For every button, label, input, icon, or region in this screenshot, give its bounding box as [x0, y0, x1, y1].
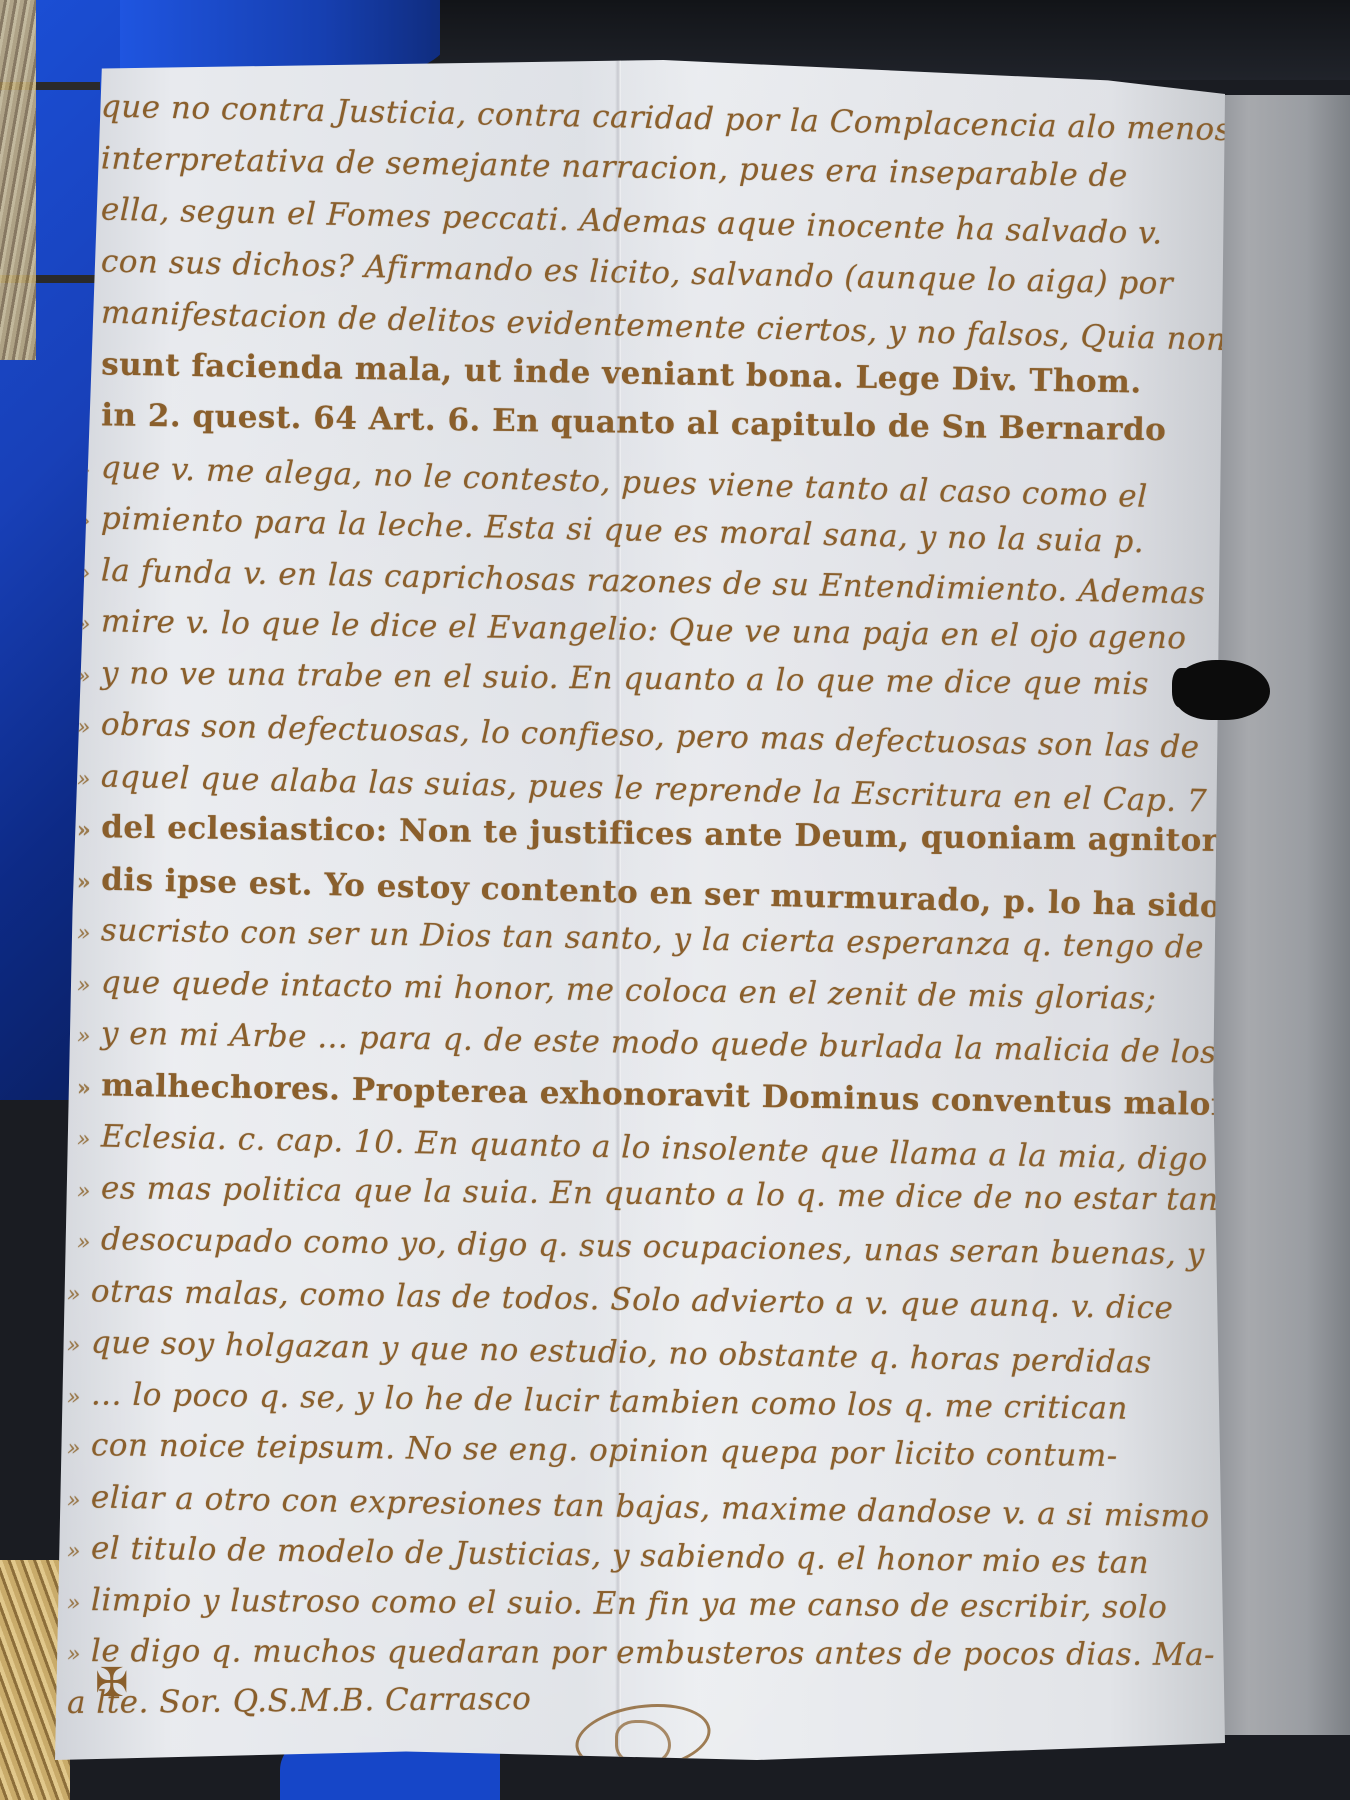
manuscript-line-text: desocupado como yo, digo q. sus ocupacio… — [101, 1221, 1205, 1272]
margin-quote-mark: » — [77, 869, 92, 895]
manuscript-lines: »que no contra Justicia, contra caridad … — [55, 60, 1225, 1760]
manuscript-line-text: que quede intacto mi honor, me coloca en… — [101, 964, 1157, 1017]
manuscript-line: »que soy holgazan y que no estudio, no o… — [67, 1324, 1152, 1381]
margin-quote-mark: » — [67, 1333, 81, 1358]
manuscript-line: »desocupado como yo, digo q. sus ocupaci… — [77, 1221, 1205, 1273]
margin-quote-mark: » — [77, 817, 92, 843]
manuscript-line: »y en mi Arbe ... para q. de este modo q… — [77, 1015, 1217, 1071]
margin-quote-mark: » — [77, 1024, 91, 1049]
manuscript-line-text: el titulo de modelo de Justicias, y sabi… — [91, 1530, 1150, 1581]
margin-quote-mark: » — [77, 1179, 91, 1204]
manuscript-line: »que quede intacto mi honor, me coloca e… — [77, 964, 1157, 1017]
manuscript-line-text: sunt facienda mala, ut inde veniant bona… — [101, 346, 1142, 400]
manuscript-line-text: mire v. lo que le dice el Evangelio: Que… — [101, 603, 1187, 656]
manuscript-line-text: otras malas, como las de todos. Solo adv… — [91, 1273, 1174, 1326]
margin-quote-mark: » — [67, 1591, 81, 1616]
margin-quote-mark: » — [67, 1436, 81, 1461]
manuscript-line-text: que no contra Justicia, contra caridad p… — [101, 89, 1232, 149]
manuscript-page: »que no contra Justicia, contra caridad … — [55, 60, 1225, 1760]
manuscript-line: »con sus dichos? Afirmando es licito, sa… — [77, 243, 1174, 302]
manuscript-line: »otras malas, como las de todos. Solo ad… — [67, 1273, 1174, 1326]
manuscript-line: »sunt facienda mala, ut inde veniant bon… — [77, 346, 1142, 401]
margin-quote-mark: » — [67, 1488, 81, 1513]
manuscript-line: »in 2. quest. 64 Art. 6. En quanto al ca… — [77, 397, 1167, 448]
manuscript-line: a lte. Sor. Q.S.M.B. Carrasco — [67, 1680, 532, 1720]
manuscript-line: »le digo q. muchos quedaran por embuster… — [67, 1633, 1215, 1673]
manuscript-line-text: con sus dichos? Afirmando es licito, sal… — [101, 243, 1174, 301]
signature-flourish-inner — [615, 1720, 671, 1766]
manuscript-line: »interpretativa de semejante narracion, … — [77, 140, 1128, 194]
ink-blot-small — [1172, 668, 1194, 708]
manuscript-line-text: Eclesia. c. cap. 10. En quanto a lo inso… — [101, 1119, 1279, 1180]
manuscript-line-text: limpio y lustroso como el suio. En fin y… — [91, 1582, 1168, 1626]
margin-quote-mark: » — [67, 1539, 81, 1564]
manuscript-line-text: y en mi Arbe ... para q. de este modo qu… — [101, 1015, 1217, 1070]
manuscript-line-text: con noice teipsum. No se eng. opinion qu… — [91, 1427, 1118, 1474]
manuscript-line: »malhechores. Propterea exhonoravit Domi… — [77, 1067, 1296, 1124]
margin-quote-mark: » — [77, 1075, 92, 1101]
margin-quote-mark: » — [77, 1127, 91, 1152]
background-blue-object-top — [120, 0, 460, 70]
manuscript-line: »... lo poco q. se, y lo he de lucir tam… — [67, 1376, 1128, 1427]
manuscript-line-text: y no ve una trabe en el suio. En quanto … — [101, 655, 1149, 702]
margin-quote-mark: » — [67, 1642, 81, 1667]
margin-quote-mark: » — [67, 1385, 81, 1410]
cross-mark-icon: ✠ — [95, 1660, 129, 1706]
manuscript-line-text: eliar a otro con expresiones tan bajas, … — [91, 1479, 1210, 1535]
manuscript-line: »la funda v. en las caprichosas razones … — [77, 552, 1206, 612]
manuscript-line-text: ... lo poco q. se, y lo he de lucir tamb… — [91, 1376, 1128, 1426]
manuscript-line-text: es mas politica que la suia. En quanto a… — [101, 1170, 1219, 1218]
manuscript-line-text: ella, segun el Fomes peccati. Ademas aqu… — [101, 192, 1164, 252]
manuscript-line-text: que soy holgazan y que no estudio, no ob… — [91, 1324, 1152, 1380]
manuscript-line-text: interpretativa de semejante narracion, p… — [101, 140, 1128, 194]
manuscript-line: »que no contra Justicia, contra caridad … — [77, 88, 1232, 148]
manuscript-line: »limpio y lustroso como el suio. En fin … — [67, 1582, 1168, 1626]
manuscript-line: »es mas politica que la suia. En quanto … — [77, 1170, 1219, 1218]
manuscript-line: »el titulo de modelo de Justicias, y sab… — [67, 1530, 1150, 1581]
manuscript-line: »obras son defectuosas, lo confieso, per… — [77, 706, 1200, 766]
manuscript-line: »aquel que alaba las suias, pues le repr… — [77, 758, 1208, 820]
straw — [0, 0, 36, 360]
manuscript-line: »eliar a otro con expresiones tan bajas,… — [67, 1479, 1210, 1535]
manuscript-line: »mire v. lo que le dice el Evangelio: Qu… — [77, 603, 1187, 656]
manuscript-line-text: aquel que alaba las suias, pues le repre… — [101, 758, 1208, 819]
margin-quote-mark: » — [77, 973, 91, 998]
manuscript-line-text: malhechores. Propterea exhonoravit Domin… — [101, 1067, 1296, 1124]
facing-page — [1205, 95, 1350, 1735]
manuscript-line-text: la funda v. en las caprichosas razones d… — [101, 552, 1206, 611]
manuscript-line-text: in 2. quest. 64 Art. 6. En quanto al cap… — [101, 397, 1167, 448]
manuscript-line-text: a lte. Sor. Q.S.M.B. Carrasco — [67, 1680, 532, 1720]
manuscript-line-text: le digo q. muchos quedaran por embustero… — [91, 1633, 1215, 1673]
margin-quote-mark: » — [77, 1230, 91, 1255]
manuscript-line-text: obras son defectuosas, lo confieso, pero… — [101, 707, 1200, 766]
margin-quote-mark: » — [77, 921, 91, 946]
manuscript-line: »ella, segun el Fomes peccati. Ademas aq… — [77, 191, 1164, 252]
manuscript-line: »con noice teipsum. No se eng. opinion q… — [67, 1427, 1118, 1474]
margin-quote-mark: » — [77, 767, 92, 792]
margin-quote-mark: » — [67, 1282, 81, 1307]
manuscript-line: »Eclesia. c. cap. 10. En quanto a lo ins… — [77, 1118, 1279, 1179]
manuscript-line: »y no ve una trabe en el suio. En quanto… — [77, 655, 1149, 702]
